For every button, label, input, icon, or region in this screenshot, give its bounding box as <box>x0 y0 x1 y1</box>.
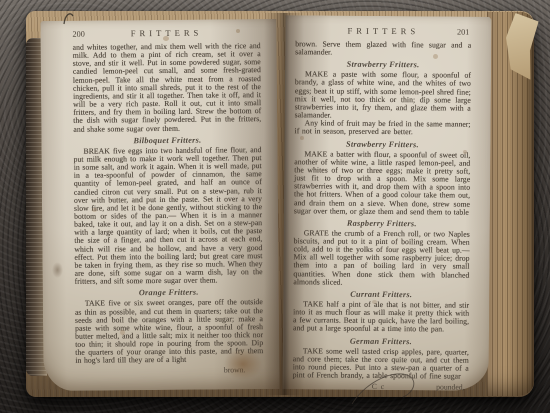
paragraph-currant-fritters: TAKE half a pint of ale that is not bitt… <box>293 300 469 334</box>
right-page: FRITTERS 201 brown. Serve them glazed wi… <box>283 15 492 391</box>
catchword-right: pounded, <box>436 383 464 392</box>
heading-raspberry-fritters: Raspberry Fritters. <box>294 218 470 228</box>
photo-background: 200 FRITTERS and whites together, and mi… <box>0 0 550 413</box>
heading-orange-fritters: Orange Fritters. <box>75 287 263 298</box>
paragraph-bilboquet-fritters: BREAK five eggs into two handsful of fin… <box>73 146 262 286</box>
heading-currant-fritters: Currant Fritters. <box>293 289 469 299</box>
paragraph-glazed: brown. Serve them glazed with fine sugar… <box>295 40 471 58</box>
paragraph-strawberry-fritters-2: MAKE a batter with flour, a spoonful of … <box>294 150 471 217</box>
catchword-left: brown. <box>75 365 263 376</box>
paragraph-strawberry-fritters-1: MAKE a paste with some flour, a spoonful… <box>295 71 471 121</box>
running-head-right: FRITTERS <box>347 26 419 37</box>
paragraph-german-fritters: TAKE some well tasted crisp apples, pare… <box>293 347 469 381</box>
heading-strawberry-fritters-2: Strawberry Fritters. <box>294 139 470 149</box>
heading-strawberry-fritters-1: Strawberry Fritters. <box>295 60 471 70</box>
right-page-number: 201 <box>419 27 471 36</box>
paragraph-rice-fritters: and whites together, and mix them well w… <box>73 42 262 133</box>
heading-bilboquet-fritters: Bilboquet Fritters. <box>73 135 261 146</box>
paragraph-raspberry-fritters: GRATE the crumb of a French roll, or two… <box>293 229 469 287</box>
signature-mark: C c <box>372 382 386 391</box>
signature-row: C c pounded, <box>293 381 469 392</box>
heading-german-fritters: German Fritters. <box>293 336 469 346</box>
right-page-header: FRITTERS 201 <box>295 25 471 36</box>
paragraph-any-fruit: Any kind of fruit may be fried in the sa… <box>295 120 471 138</box>
left-page-header: 200 FRITTERS <box>72 27 260 39</box>
header-spacer <box>202 35 260 36</box>
running-head-left: FRITTERS <box>131 28 203 39</box>
left-page: 200 FRITTERS and whites together, and mi… <box>40 19 279 391</box>
paragraph-orange-fritters: TAKE five or six sweet oranges, pare off… <box>75 298 264 365</box>
left-page-number: 200 <box>72 29 130 39</box>
